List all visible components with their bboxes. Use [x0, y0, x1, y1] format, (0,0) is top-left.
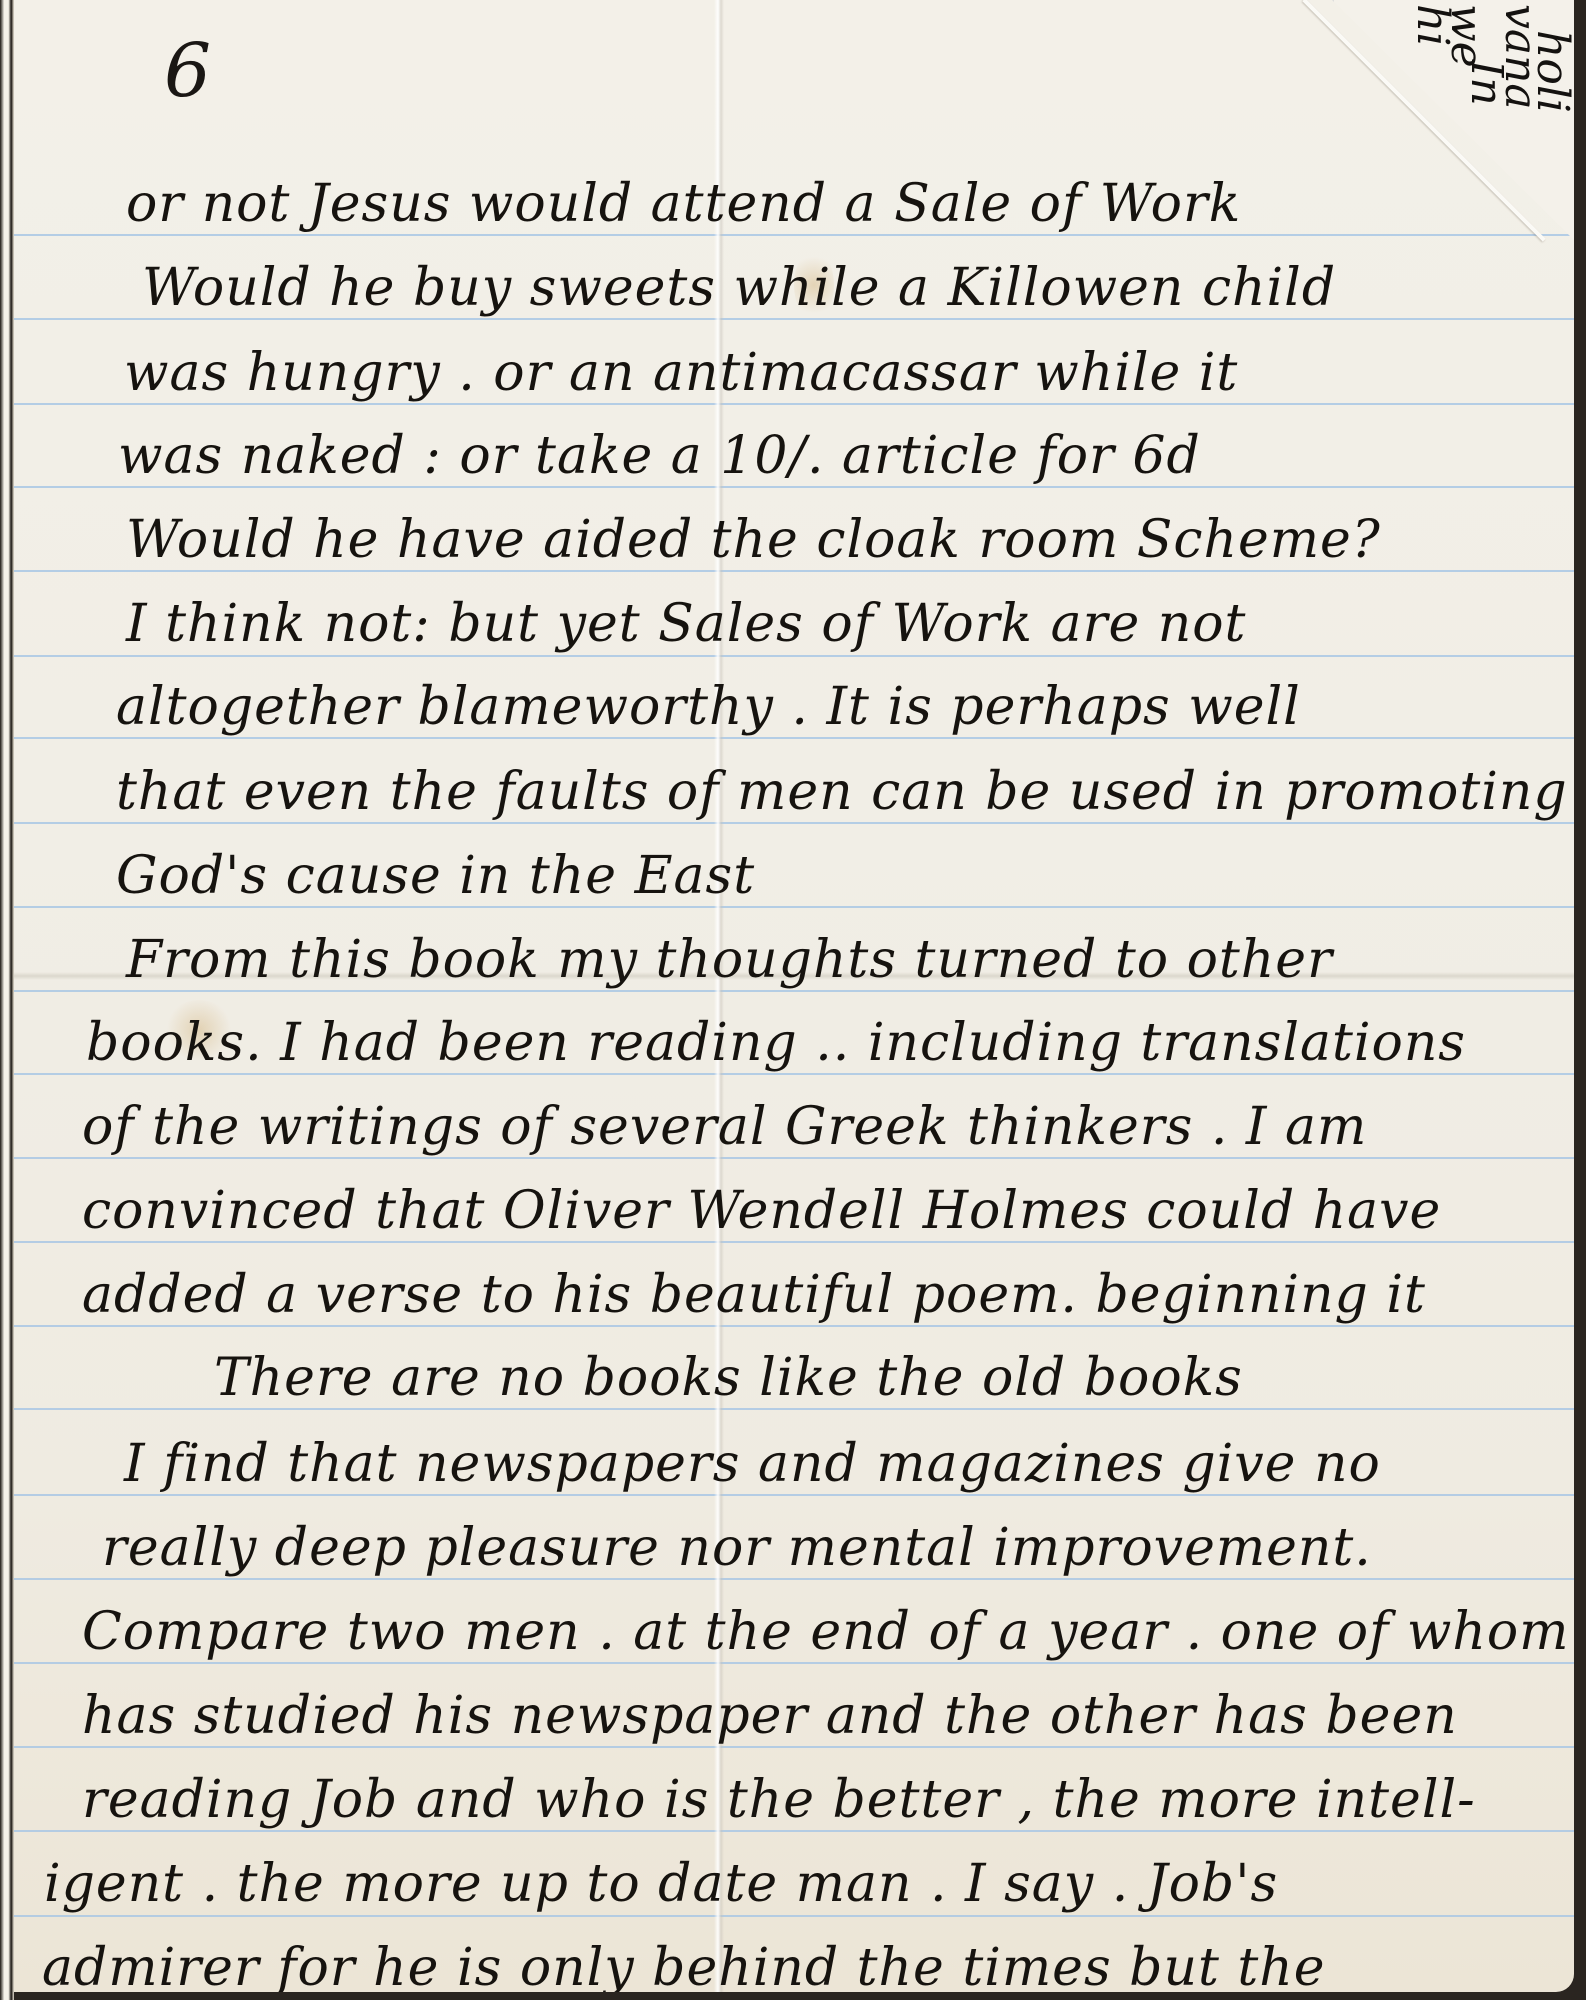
ruled-line [14, 234, 1574, 236]
ruled-line [14, 1662, 1574, 1664]
text-line: Would he have aided the cloak room Schem… [126, 510, 1381, 570]
text-line: has studied his newspaper and the other … [82, 1686, 1458, 1746]
text-line: Compare two men . at the end of a year .… [82, 1602, 1569, 1662]
text-line: or not Jesus would attend a Sale of Work [126, 174, 1241, 234]
ruled-line [14, 1494, 1574, 1496]
page-binding-edge [0, 0, 14, 2000]
text-line: I find that newspapers and magazines giv… [124, 1434, 1381, 1494]
ruled-line [14, 1746, 1574, 1748]
text-line: admirer for he is only behind the times … [42, 1938, 1326, 1992]
ruled-line [14, 1325, 1574, 1327]
ruled-line [14, 318, 1574, 320]
ruled-line [14, 570, 1574, 572]
text-line: was hungry . or an antimacassar while it [124, 343, 1238, 403]
text-line: There are no books like the old books [214, 1348, 1243, 1408]
text-line: igent . the more up to date man . I say … [44, 1854, 1278, 1914]
ruled-line [14, 1408, 1574, 1410]
folded-corner: hi we In vana holi [1332, 0, 1574, 240]
text-line: God's cause in the East [116, 846, 755, 906]
text-line: added a verse to his beautiful poem. beg… [82, 1265, 1426, 1325]
text-line: really deep pleasure nor mental improvem… [102, 1518, 1372, 1578]
text-line: I think not: but yet Sales of Work are n… [126, 594, 1246, 654]
text-line: books. I had been reading .. including t… [86, 1013, 1466, 1073]
ruled-line [14, 737, 1574, 739]
ruled-line [14, 655, 1574, 657]
ruled-line [14, 906, 1574, 908]
corner-text: we [1441, 4, 1492, 68]
text-line: of the writings of several Greek thinker… [82, 1097, 1367, 1157]
text-line: Would he buy sweets while a Killowen chi… [142, 258, 1336, 318]
ruled-line [14, 403, 1574, 405]
corner-text: holi [1527, 30, 1574, 113]
ruled-line [14, 486, 1574, 488]
text-line: reading Job and who is the better , the … [82, 1770, 1476, 1830]
ruled-line [14, 822, 1574, 824]
text-line: From this book my thoughts turned to oth… [126, 930, 1333, 990]
text-line: altogether blameworthy . It is perhaps w… [116, 677, 1301, 737]
letter-page: 6 or not Jesus would attend a Sale of Wo… [14, 0, 1574, 1992]
text-line: that even the faults of men can be used … [116, 762, 1568, 822]
page-number: 6 [164, 28, 211, 114]
ruled-line [14, 1157, 1574, 1159]
ruled-line [14, 990, 1574, 992]
ruled-line [14, 1578, 1574, 1580]
ruled-line [14, 1241, 1574, 1243]
ruled-line [14, 1915, 1574, 1917]
ruled-line [14, 1073, 1574, 1075]
text-line: was naked : or take a 10/. article for 6… [118, 426, 1201, 486]
ruled-line [14, 1830, 1574, 1832]
text-line: convinced that Oliver Wendell Holmes cou… [82, 1181, 1441, 1241]
